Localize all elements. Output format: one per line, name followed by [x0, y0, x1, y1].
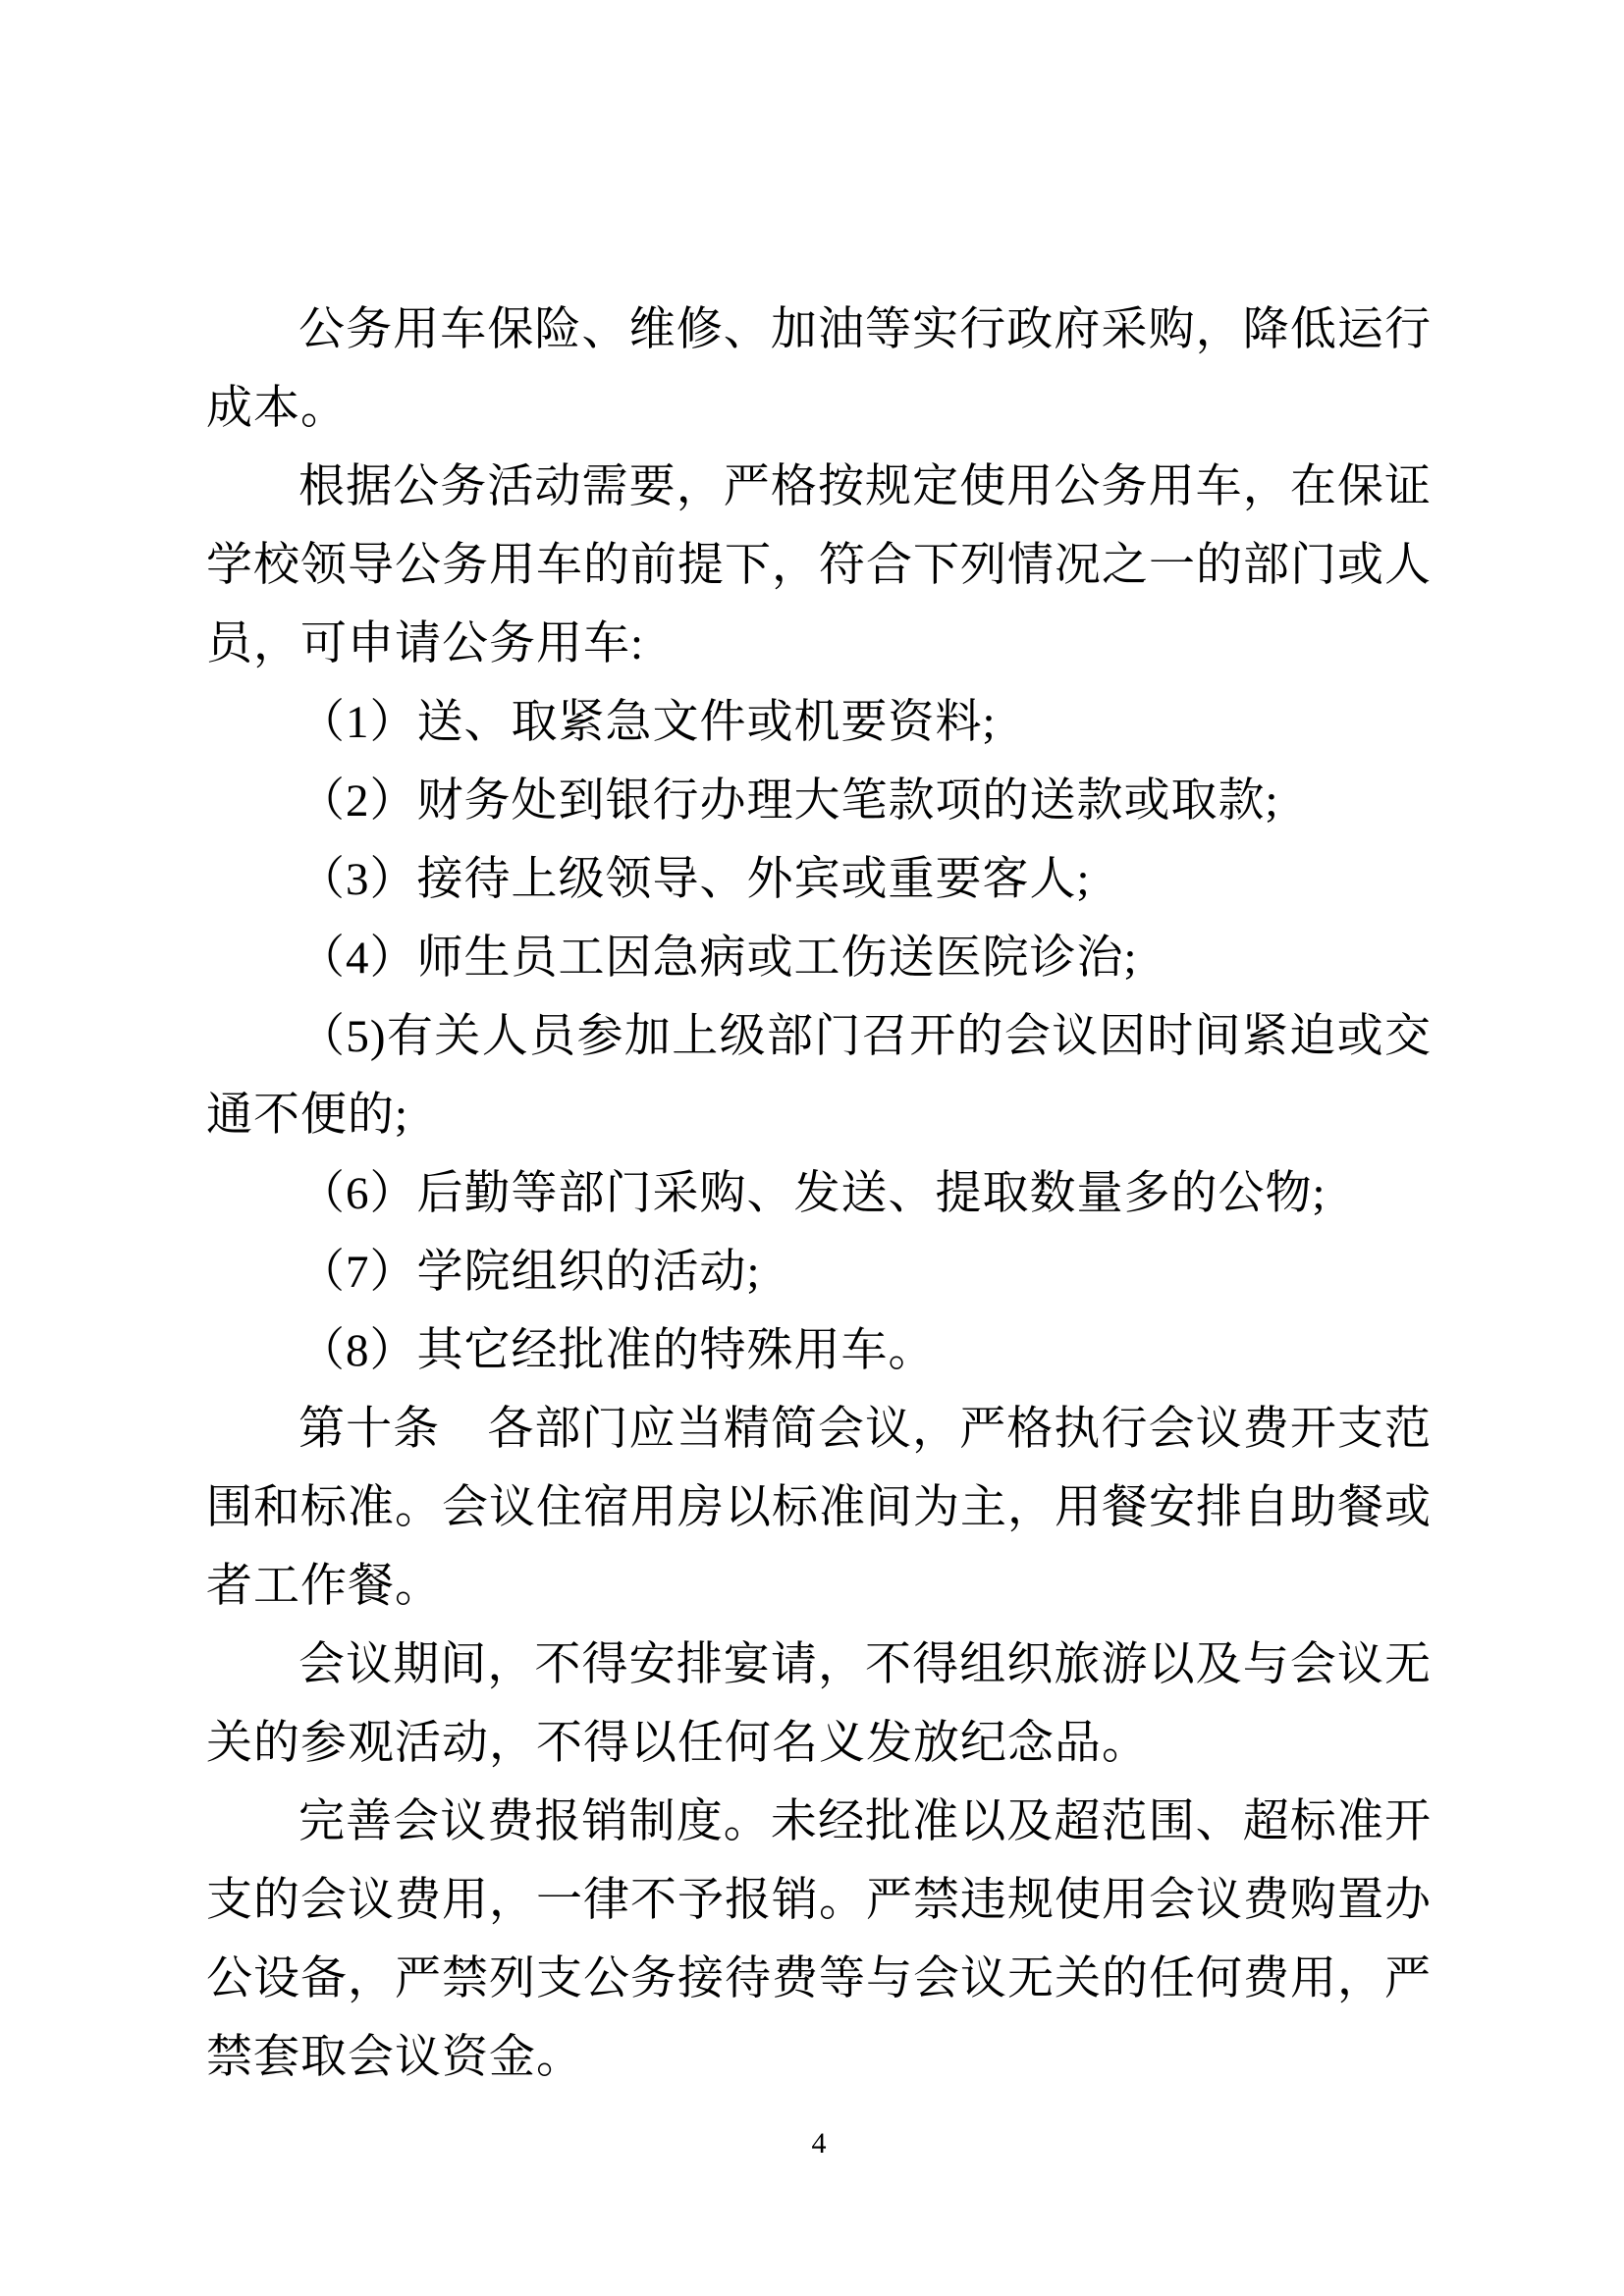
list-item-5: （5)有关人员参加上级部门召开的会议因时间紧迫或交通不便的;	[206, 997, 1432, 1154]
body-paragraph: 会议期间，不得安排宴请，不得组织旅游以及与会议无关的参观活动，不得以任何名义发放…	[206, 1626, 1432, 1783]
list-item-2: （2）财务处到银行办理大笔款项的送款或取款;	[206, 762, 1432, 840]
list-item-1: （1）送、取紧急文件或机要资料;	[206, 683, 1432, 762]
list-item-4: （4）师生员工因急病或工伤送医院诊治;	[206, 919, 1432, 997]
body-paragraph: 根据公务活动需要，严格按规定使用公务用车，在保证学校领导公务用车的前提下，符合下…	[206, 448, 1432, 683]
page-number: 4	[812, 2127, 827, 2160]
list-item-3: （3）接待上级领导、外宾或重要客人;	[206, 840, 1432, 919]
body-paragraph: 公务用车保险、维修、加油等实行政府采购，降低运行成本。	[206, 291, 1432, 448]
list-item-6: （6）后勤等部门采购、发送、提取数量多的公物;	[206, 1154, 1432, 1233]
page-content: 公务用车保险、维修、加油等实行政府采购，降低运行成本。 根据公务活动需要，严格按…	[206, 291, 1432, 2097]
document-page: 公务用车保险、维修、加油等实行政府采购，降低运行成本。 根据公务活动需要，严格按…	[0, 0, 1624, 2296]
body-paragraph: 完善会议费报销制度。未经批准以及超范围、超标准开支的会议费用，一律不予报销。严禁…	[206, 1783, 1432, 2097]
body-paragraph-article-10: 第十条 各部门应当精简会议，严格执行会议费开支范围和标准。会议住宿用房以标准间为…	[206, 1390, 1432, 1626]
list-item-7: （7）学院组织的活动;	[206, 1233, 1432, 1311]
list-item-8: （8）其它经批准的特殊用车。	[206, 1311, 1432, 1390]
page-footer: 4	[206, 2126, 1432, 2162]
